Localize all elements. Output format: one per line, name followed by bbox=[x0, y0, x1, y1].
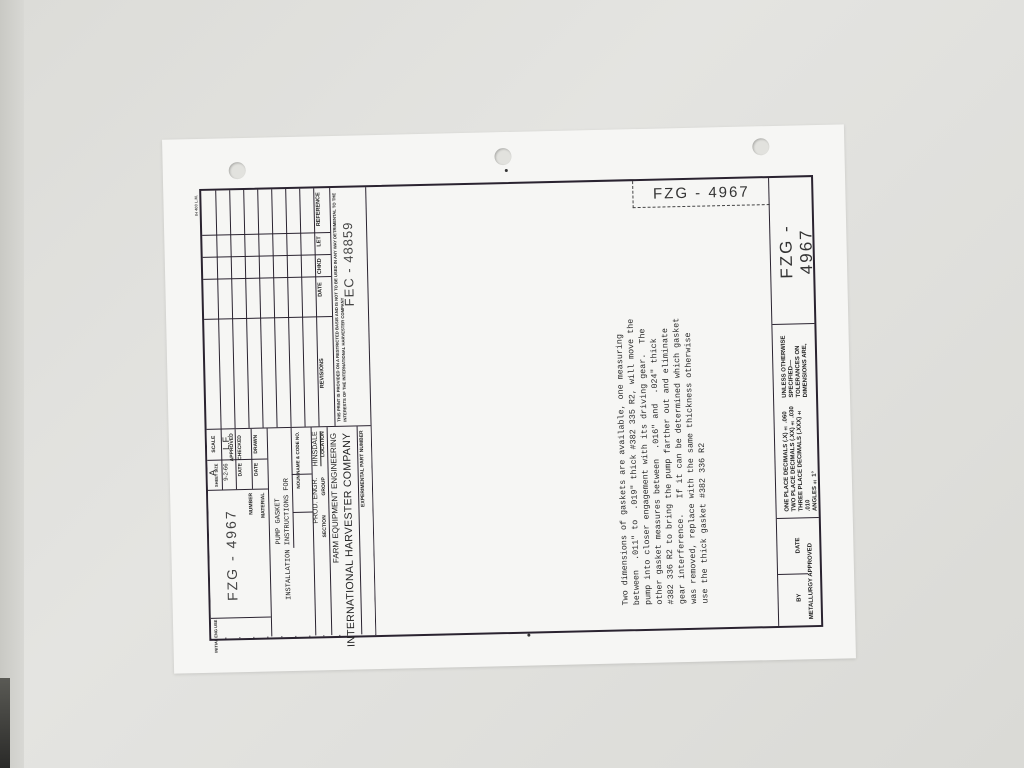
punch-hole bbox=[752, 138, 769, 155]
location-label: LOCATION bbox=[320, 431, 327, 457]
handwritten-fec-number: FEC - 48859 bbox=[340, 221, 357, 306]
drawing-number: FZG - 4967 bbox=[222, 509, 240, 601]
title-block: EXPERIMENTAL PART NUMBER INTERNATIONAL H… bbox=[207, 425, 376, 638]
punch-hole bbox=[494, 148, 511, 165]
divider bbox=[778, 573, 808, 575]
division-name: FARM EQUIPMENT ENGINEERING bbox=[329, 433, 341, 563]
approved-by: L.F. bbox=[221, 435, 231, 450]
table-edge bbox=[0, 0, 24, 768]
dark-object bbox=[0, 678, 10, 768]
rev-col-revisions: REVISIONS bbox=[319, 358, 326, 388]
tolerance-header: UNLESS OTHERWISE SPECIFIED— TOLERANCES O… bbox=[780, 327, 810, 398]
rev-col-let: LET bbox=[316, 236, 322, 247]
metallurgy-title: METALLURGY APPROVED bbox=[807, 523, 816, 619]
initial-eng-use-label: INITIAL ENG USE bbox=[213, 620, 219, 653]
drawn-label: DRAWN bbox=[253, 435, 259, 454]
location-value: HINSDALE bbox=[312, 431, 320, 466]
margin-mark: IH 400 L.M. bbox=[193, 195, 198, 216]
metallurgy-date-label: DATE bbox=[795, 537, 802, 553]
right-title-strip: FZG - 4967 UNLESS OTHERWISE SPECIFIED— T… bbox=[768, 177, 821, 626]
divider bbox=[772, 323, 814, 325]
group-label: GROUP bbox=[321, 477, 327, 495]
document-page: IH 400 L.M. FZG - 4967 FZG - 4967 UNLESS… bbox=[162, 124, 856, 673]
metallurgy-by-label: BY bbox=[796, 593, 803, 602]
date-value: 9-2-66 bbox=[223, 463, 229, 480]
rev-col-date: DATE bbox=[317, 282, 323, 297]
drawing-title-2: PUMP GASKET bbox=[274, 498, 283, 544]
noun-name-label: NOUN NAME & CODE NO. bbox=[295, 432, 301, 489]
drawing-number-vertical: FZG - 4967 bbox=[776, 201, 808, 302]
date-label-2: DATE bbox=[237, 463, 243, 476]
date-label: DATE bbox=[253, 463, 259, 476]
rev-col-reference: REFERENCE bbox=[315, 192, 322, 226]
center-mark bbox=[527, 634, 530, 637]
company-name: INTERNATIONAL HARVESTER COMPANY bbox=[341, 433, 358, 647]
drawing-frame: FZG - 4967 FZG - 4967 UNLESS OTHERWISE S… bbox=[199, 175, 823, 641]
installation-note: Two dimensions of gaskets are available,… bbox=[613, 263, 721, 605]
stamp-number: FZG - 4967 bbox=[632, 178, 770, 208]
section-label: SECTION bbox=[322, 515, 329, 537]
checked-label: CHECKED bbox=[237, 435, 244, 460]
experimental-part-number-label: EXPERIMENTAL PART NUMBER bbox=[359, 430, 367, 507]
center-mark bbox=[505, 169, 508, 172]
group-value: PROD. ENGR. bbox=[312, 477, 320, 523]
punch-hole bbox=[229, 162, 246, 179]
sheet-size-value: A bbox=[208, 470, 218, 476]
divider bbox=[777, 517, 819, 519]
scale-label: SCALE bbox=[211, 436, 217, 453]
material-label: MATERIAL bbox=[260, 493, 267, 519]
rev-col-chkd: CHKD bbox=[317, 258, 323, 274]
tolerance-rows: ONE PLACE DECIMALS (.X) ± .060 TWO PLACE… bbox=[782, 401, 819, 512]
number-label: NUMBER bbox=[248, 493, 254, 515]
